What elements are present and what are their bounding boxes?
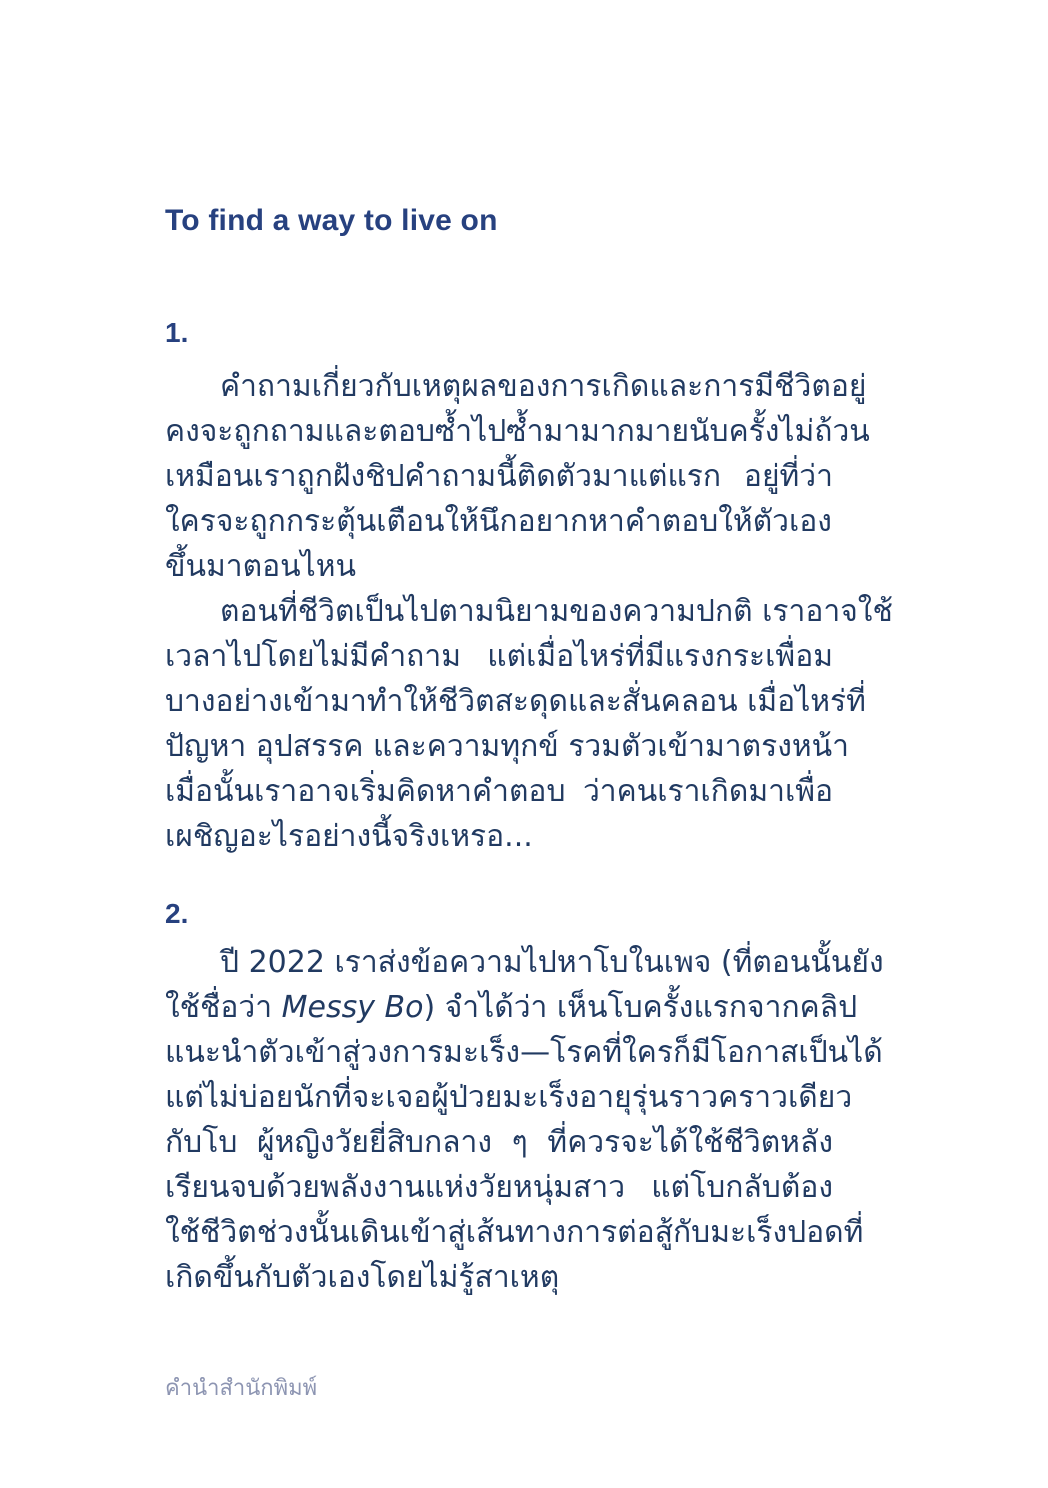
text-line: แต่ไม่บ่อยนักที่จะเจอผู้ป่วยมะเร็งอายุรุ… <box>165 1075 833 1120</box>
footer-label: คำนำสำนักพิมพ์ <box>165 1370 317 1405</box>
text-line: ใครจะถูกกระตุ้นเตือนให้นึกอยากหาคำตอบให้… <box>165 499 833 544</box>
text-line: เกิดขึ้นกับตัวเองโดยไม่รู้สาเหตุ <box>165 1255 833 1300</box>
text-line: เมื่อนั้นเราอาจเริ่มคิดหาคำตอบ ว่าคนเราเ… <box>165 769 833 814</box>
text-line: แนะนำตัวเข้าสู่วงการมะเร็ง—โรคที่ใครก็มี… <box>165 1030 833 1075</box>
text-line: คงจะถูกถามและตอบซ้ำไปซ้ำมามากมายนับครั้ง… <box>165 409 833 454</box>
text-line: ตอนที่ชีวิตเป็นไปตามนิยามของความปกติ เรา… <box>165 589 833 634</box>
text-line: เหมือนเราถูกฝังชิปคำถามนี้ติดตัวมาแต่แรก… <box>165 454 833 499</box>
text-line: บางอย่างเข้ามาทำให้ชีวิตสะดุดและสั่นคลอน… <box>165 679 833 724</box>
text-line: กับโบ ผู้หญิงวัยยี่สิบกลาง ๆ ที่ควรจะได้… <box>165 1120 833 1165</box>
page-title: To find a way to live on <box>165 204 498 238</box>
text-line: เผชิญอะไรอย่างนี้จริงเหรอ... <box>165 814 833 859</box>
text-line: เรียนจบด้วยพลังงานแห่งวัยหนุ่มสาว แต่โบก… <box>165 1165 833 1210</box>
section-number-1: 1. <box>165 317 188 349</box>
section-2-body: ปี 2022 เราส่งข้อความไปหาโบในเพจ (ที่ตอน… <box>165 940 833 1300</box>
text-line: เวลาไปโดยไม่มีคำถาม แต่เมื่อไหร่ที่มีแรง… <box>165 634 833 679</box>
text-line: ปัญหา อุปสรรค และความทุกข์ รวมตัวเข้ามาต… <box>165 724 833 769</box>
text-segment: ) จำได้ว่า เห็นโบครั้งแรกจากคลิป <box>423 990 857 1025</box>
messy-bo-italic-text: Messy Bo <box>282 990 424 1025</box>
text-line: คำถามเกี่ยวกับเหตุผลของการเกิดและการมีชี… <box>165 364 833 409</box>
text-segment: ใช้ชื่อว่า <box>165 990 282 1025</box>
text-line: ใช้ชีวิตช่วงนั้นเดินเข้าสู่เส้นทางการต่อ… <box>165 1210 833 1255</box>
section-number-2: 2. <box>165 898 188 930</box>
text-line: ใช้ชื่อว่า Messy Bo) จำได้ว่า เห็นโบครั้… <box>165 985 833 1030</box>
document-page: To find a way to live on 1. คำถามเกี่ยวก… <box>0 0 1048 1488</box>
text-line: ขึ้นมาตอนไหน <box>165 544 833 589</box>
text-line: ปี 2022 เราส่งข้อความไปหาโบในเพจ (ที่ตอน… <box>165 940 833 985</box>
section-1-body: คำถามเกี่ยวกับเหตุผลของการเกิดและการมีชี… <box>165 364 833 859</box>
